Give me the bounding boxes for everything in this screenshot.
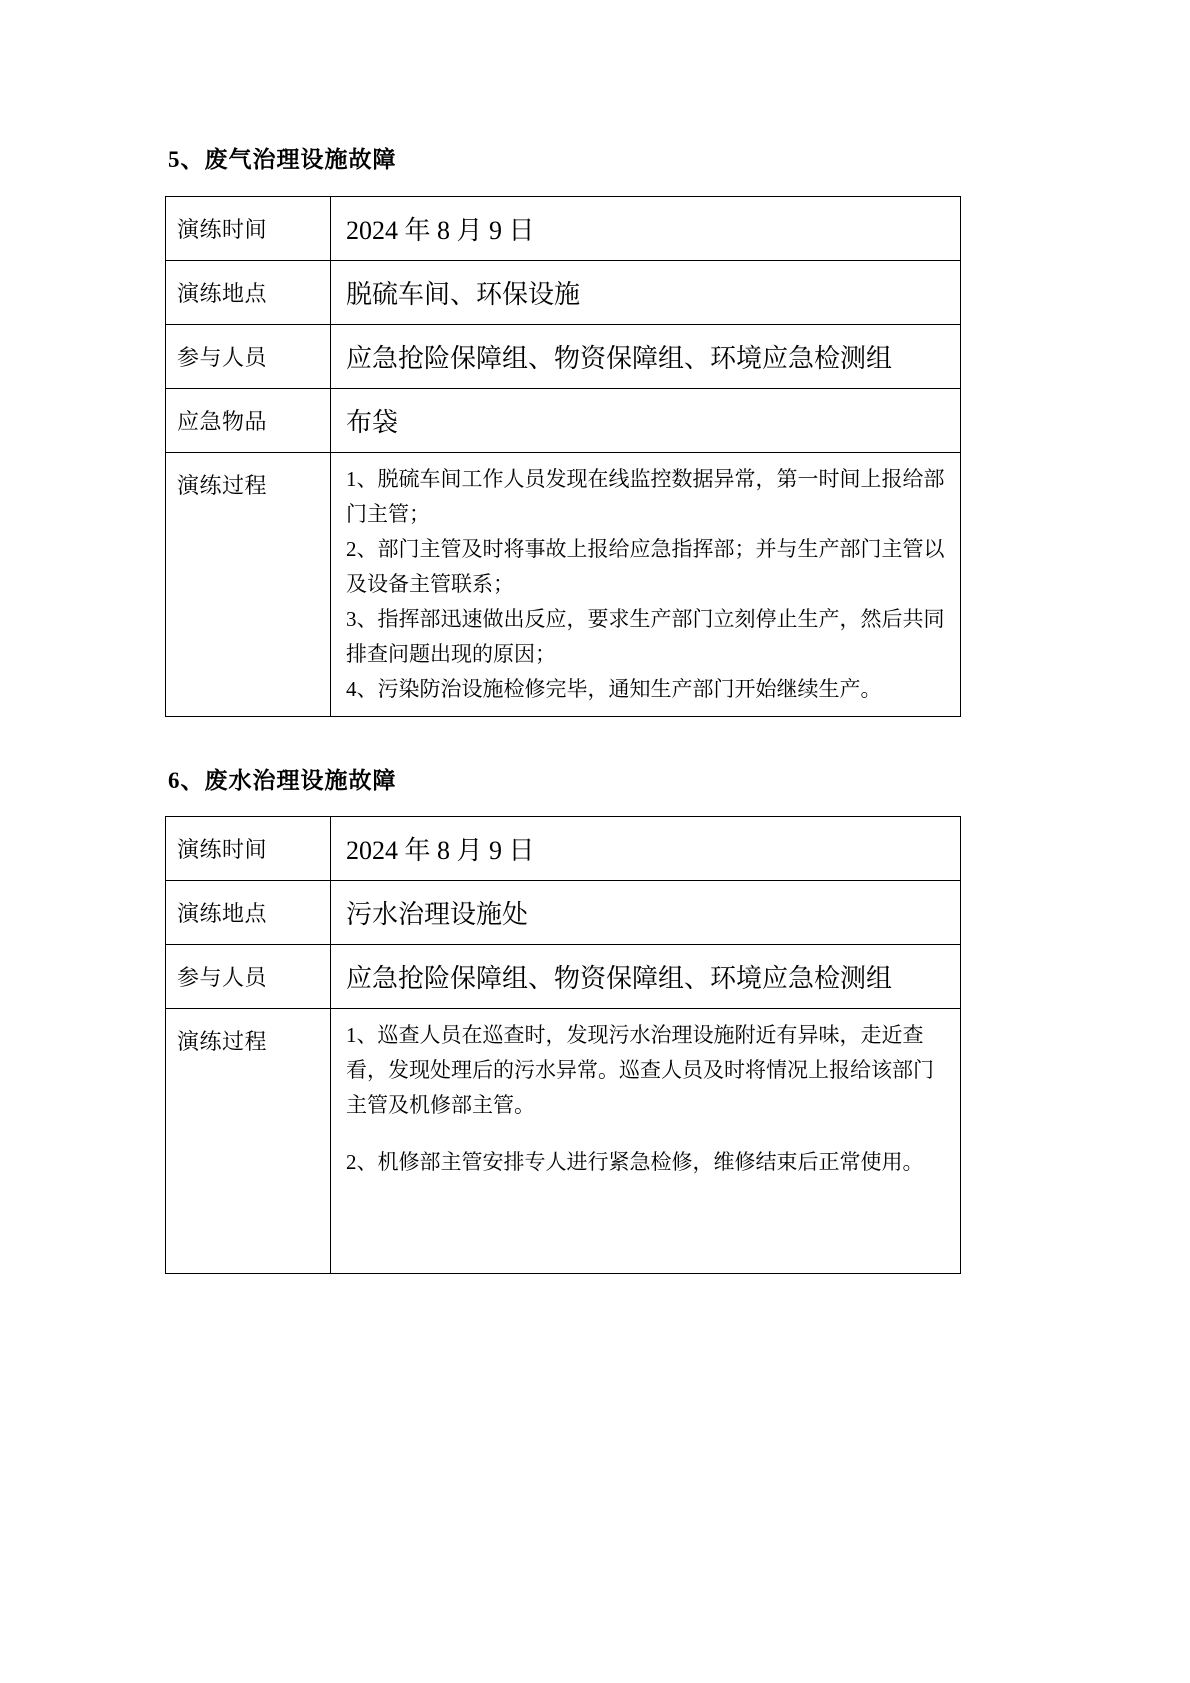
table-row: 演练地点 脱硫车间、环保设施 (166, 260, 961, 324)
row-label: 演练地点 (166, 260, 331, 324)
process-step: 1、脱硫车间工作人员发现在线监控数据异常，第一时间上报给部门主管； (346, 462, 950, 532)
table-row: 演练时间 2024 年 8 月 9 日 (166, 817, 961, 881)
section-heading: 6、废水治理设施故障 (168, 767, 985, 795)
table-row: 演练地点 污水治理设施处 (166, 881, 961, 945)
process-step: 1、巡查人员在巡查时，发现污水治理设施附近有异味，走近查看，发现处理后的污水异常… (346, 1018, 950, 1123)
row-content: 2024 年 8 月 9 日 (331, 817, 961, 881)
row-content: 布袋 (331, 388, 961, 452)
table-row: 参与人员 应急抢险保障组、物资保障组、环境应急检测组 (166, 945, 961, 1009)
drill-table-waste-water: 演练时间 2024 年 8 月 9 日 演练地点 污水治理设施处 参与人员 应急… (165, 816, 961, 1274)
row-content: 脱硫车间、环保设施 (331, 260, 961, 324)
row-content: 污水治理设施处 (331, 881, 961, 945)
section-heading: 5、废气治理设施故障 (168, 146, 985, 174)
row-label: 演练过程 (166, 452, 331, 716)
row-label: 演练地点 (166, 881, 331, 945)
row-content: 应急抢险保障组、物资保障组、环境应急检测组 (331, 945, 961, 1009)
drill-table-waste-gas: 演练时间 2024 年 8 月 9 日 演练地点 脱硫车间、环保设施 参与人员 … (165, 196, 961, 717)
row-label: 应急物品 (166, 388, 331, 452)
row-label: 参与人员 (166, 324, 331, 388)
row-label: 演练时间 (166, 817, 331, 881)
table-row: 演练过程 1、脱硫车间工作人员发现在线监控数据异常，第一时间上报给部门主管； 2… (166, 452, 961, 716)
row-content: 2024 年 8 月 9 日 (331, 196, 961, 260)
row-content: 1、脱硫车间工作人员发现在线监控数据异常，第一时间上报给部门主管； 2、部门主管… (331, 452, 961, 716)
row-label: 演练过程 (166, 1009, 331, 1274)
section-waste-water: 6、废水治理设施故障 演练时间 2024 年 8 月 9 日 演练地点 污水治理… (165, 767, 985, 1275)
section-waste-gas: 5、废气治理设施故障 演练时间 2024 年 8 月 9 日 演练地点 脱硫车间… (165, 146, 985, 717)
row-content: 应急抢险保障组、物资保障组、环境应急检测组 (331, 324, 961, 388)
row-content: 1、巡查人员在巡查时，发现污水治理设施附近有异味，走近查看，发现处理后的污水异常… (331, 1009, 961, 1274)
table-row: 演练过程 1、巡查人员在巡查时，发现污水治理设施附近有异味，走近查看，发现处理后… (166, 1009, 961, 1274)
table-row: 参与人员 应急抢险保障组、物资保障组、环境应急检测组 (166, 324, 961, 388)
process-step: 4、污染防治设施检修完毕，通知生产部门开始继续生产。 (346, 672, 950, 707)
row-label: 参与人员 (166, 945, 331, 1009)
table-row: 应急物品 布袋 (166, 388, 961, 452)
process-step: 2、机修部主管安排专人进行紧急检修，维修结束后正常使用。 (346, 1145, 950, 1180)
table-row: 演练时间 2024 年 8 月 9 日 (166, 196, 961, 260)
row-label: 演练时间 (166, 196, 331, 260)
process-step: 2、部门主管及时将事故上报给应急指挥部；并与生产部门主管以及设备主管联系； (346, 532, 950, 602)
process-step: 3、指挥部迅速做出反应，要求生产部门立刻停止生产，然后共同排查问题出现的原因； (346, 602, 950, 672)
document-page: 5、废气治理设施故障 演练时间 2024 年 8 月 9 日 演练地点 脱硫车间… (0, 0, 1190, 1683)
